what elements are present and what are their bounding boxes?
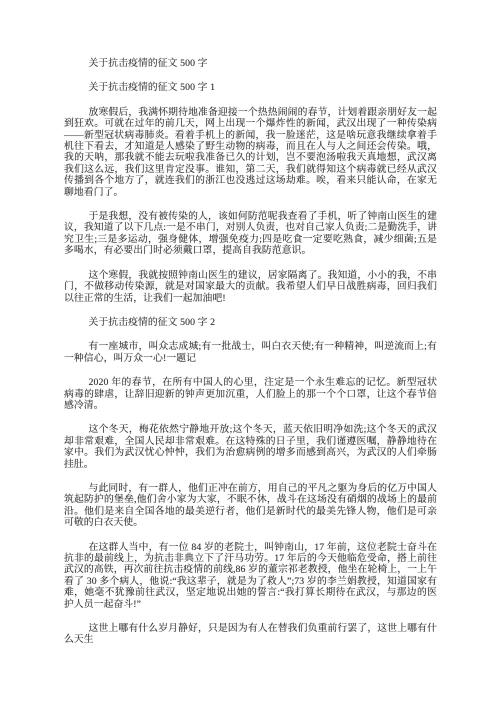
document-title: 关于抗击疫情的征文 500 字 [64,58,437,69]
section-2-paragraph-6: 这世上哪有什么岁月静好，只是因为有人在替我们负重前行罢了，这世上哪有什么天生 [64,623,437,646]
section-2-paragraph-3: 这个冬天，梅花依然宁静地开放;这个冬天，蓝天依旧明净如洗;这个冬天的武汉却非常艰… [64,424,437,470]
section-2-heading: 关于抗击疫情的征文 500 字 2 [64,317,437,328]
document-page: 关于抗击疫情的征文 500 字 关于抗击疫情的征文 500 字 1 放寒假后，我… [0,0,500,707]
section-2-paragraph-4: 与此同时，有一群人，他们正冲在前方，用自己的平凡之躯为身后的亿万中国人筑起防护的… [64,483,437,529]
section-1-paragraph-1: 放寒假后，我满怀期待地准备迎接一个热热闹闹的春节，计划着跟亲朋好友一起到狂欢。可… [64,107,437,198]
section-2-paragraph-2: 2020 年的春节，在所有中国人的心里，注定是一个永生难忘的记忆。新型冠状病毒的… [64,377,437,411]
section-1-paragraph-3: 这个寒假，我就按照钟南山医生的建议，居家隔离了。我知道，小小的我，不串门，不做移… [64,270,437,304]
section-1-paragraph-2: 于是我想，没有被传染的人，该如何防范呢我查看了手机，听了钟南山医生的建议，我知道… [64,211,437,257]
section-2-paragraph-5: 在这群人当中，有一位 84 岁的老院士，叫钟南山，17 年前，这位老院士奋斗在抗… [64,542,437,610]
section-1-heading: 关于抗击疫情的征文 500 字 1 [64,82,437,93]
section-2-paragraph-1: 有一座城市，叫众志成城;有一批战士，叫白衣天使;有一种精神，叫逆流而上;有一种信… [64,341,437,364]
